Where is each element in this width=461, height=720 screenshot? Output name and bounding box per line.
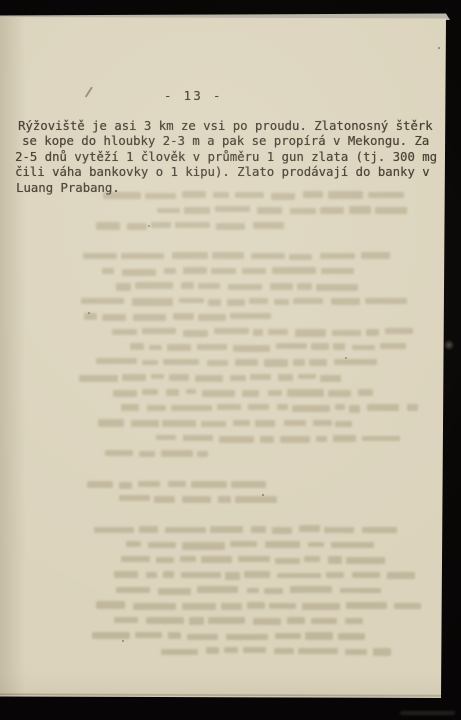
paragraph-line: Luang Prabang.: [16, 181, 447, 197]
paper-speck: [438, 47, 440, 49]
paragraph-line: 2-5 dnů vytěží 1 člověk v průměru 1 gun …: [15, 150, 447, 166]
bleed-through-text: [0, 0, 461, 720]
border-streak: [400, 711, 455, 715]
paper-speck: [262, 494, 264, 496]
border-smudge: [443, 340, 455, 350]
body-text: Rýžoviště je asi 3 km ze vsi po proudu. …: [15, 119, 447, 197]
paragraph-line: Rýžoviště je asi 3 km ze vsi po proudu. …: [18, 119, 447, 135]
paragraph-line: se kope do hloubky 2-3 m a pak se propír…: [22, 134, 447, 150]
scanner-background: - 13 - Rýžoviště je asi 3 km ze vsi po p…: [0, 0, 461, 720]
paragraph-line: čili váha bankovky o 1 kipu). Zlato prod…: [15, 165, 447, 181]
paper-speck: [148, 225, 150, 227]
document-page: - 13 - Rýžoviště je asi 3 km ze vsi po p…: [0, 0, 461, 720]
paper-speck: [88, 312, 90, 314]
paper-speck: [345, 357, 347, 359]
paper-speck: [122, 640, 124, 642]
page-number: - 13 -: [164, 89, 223, 103]
